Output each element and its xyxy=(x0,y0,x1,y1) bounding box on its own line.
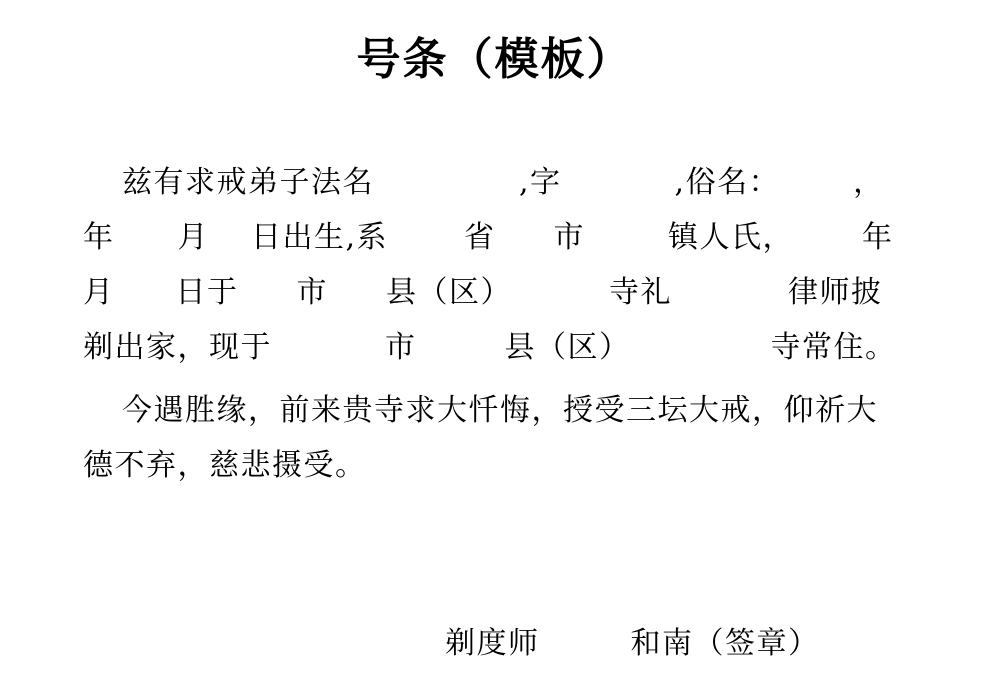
text-run: ,字 xyxy=(519,165,562,200)
text-run: 县（区） xyxy=(505,330,631,365)
text-run: ， xyxy=(853,165,885,200)
paragraph-2: 今遇胜缘，前来贵寺求大忏悔，授受三坛大戒，仰祈大德不弃，慈悲摄受。 xyxy=(83,383,909,493)
document-line: 德不弃，慈悲摄受。 xyxy=(83,438,909,493)
paragraph-1: 兹有求戒弟子法名,字,俗名：，年月日出生,系省市镇人氏，年月日于市县（区）寺礼律… xyxy=(83,155,909,375)
text-run: 县（区） xyxy=(386,275,512,310)
document-line: 今遇胜缘，前来贵寺求大忏悔，授受三坛大戒，仰祈大 xyxy=(83,383,909,438)
text-run: 律师披 xyxy=(788,275,883,310)
document-body: 兹有求戒弟子法名,字,俗名：，年月日出生,系省市镇人氏，年月日于市县（区）寺礼律… xyxy=(83,155,909,671)
document-line: 兹有求戒弟子法名,字,俗名：， xyxy=(83,155,909,210)
document-title: 号条（模板） xyxy=(0,30,989,89)
text-run: ,俗名： xyxy=(675,165,781,200)
text-run: 年 xyxy=(862,220,894,255)
text-run: 镇人氏， xyxy=(668,220,794,255)
document-line: 剃出家，现于市县（区）寺常住。 xyxy=(83,320,909,375)
text-run: 月 xyxy=(178,220,210,255)
signature-line: 剃度师和南（签章） xyxy=(83,616,909,671)
text-run: 寺常住。 xyxy=(771,330,897,365)
text-run: 省 xyxy=(464,220,496,255)
text-run: 德不弃，慈悲摄受。 xyxy=(83,448,367,483)
document-line: 月日于市县（区）寺礼律师披 xyxy=(83,265,909,320)
text-run: 剃出家，现于 xyxy=(83,330,272,365)
text-run: 日出生,系 xyxy=(251,220,388,255)
text-run: 兹有求戒弟子法名 xyxy=(122,165,374,200)
text-run: 日于 xyxy=(176,275,239,310)
text-run: 年 xyxy=(83,220,115,255)
text-run: 寺礼 xyxy=(609,275,672,310)
text-run: 市 xyxy=(554,220,586,255)
document-line: 年月日出生,系省市镇人氏，年 xyxy=(83,210,909,265)
text-run: 剃度师 xyxy=(445,626,540,661)
text-run: 和南（签章） xyxy=(631,626,820,661)
text-run: 月 xyxy=(83,275,115,310)
text-run: 今遇胜缘，前来贵寺求大忏悔，授受三坛大戒，仰祈大 xyxy=(122,393,878,428)
document-page: 号条（模板） 兹有求戒弟子法名,字,俗名：，年月日出生,系省市镇人氏，年月日于市… xyxy=(0,0,989,685)
text-run: 市 xyxy=(385,330,417,365)
text-run: 市 xyxy=(297,275,329,310)
